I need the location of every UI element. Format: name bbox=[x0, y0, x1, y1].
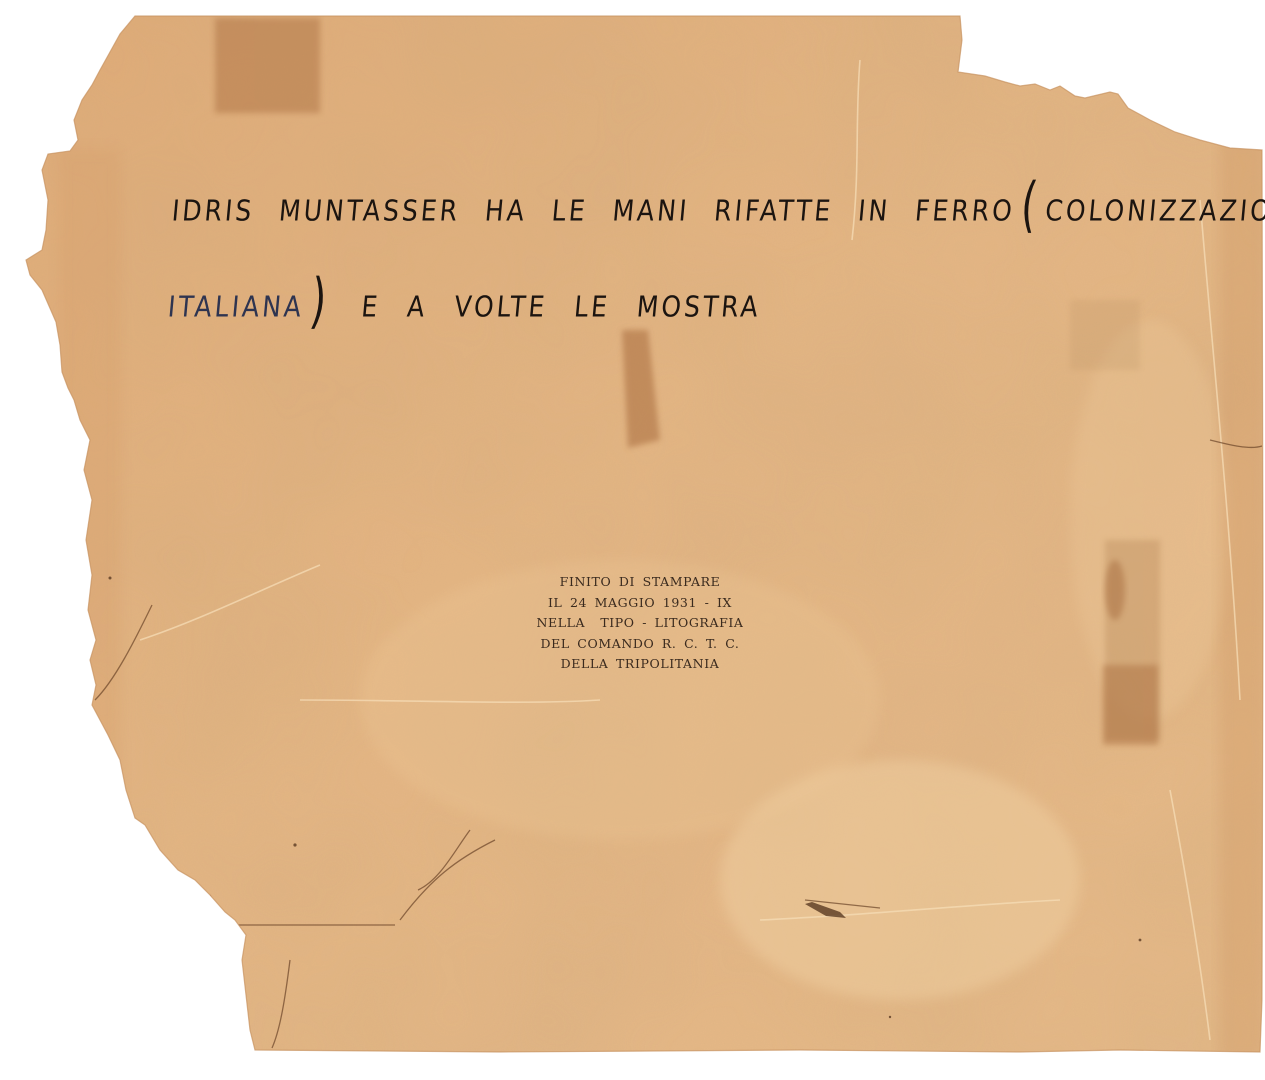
handwritten-word: MUNTASSER bbox=[278, 194, 462, 227]
handwritten-word: FERRO bbox=[914, 194, 1017, 227]
colophon-line: DEL COMANDO R. C. T. C. bbox=[524, 634, 756, 655]
colophon-line: DELLA TRIPOLITANIA bbox=[524, 654, 756, 675]
handwritten-note-line-2: ITALIANA) E A VOLTE LE MOSTRA bbox=[166, 290, 762, 323]
handwritten-word: IN bbox=[857, 194, 892, 227]
aged-paper-sheet bbox=[0, 0, 1265, 1080]
handwritten-word: COLONIZZAZIONE bbox=[1044, 194, 1265, 227]
scan-canvas: IDRIS MUNTASSER HA LE MANI RIFATTE IN FE… bbox=[0, 0, 1265, 1080]
handwritten-word: MANI bbox=[611, 194, 691, 227]
colophon-line: FINITO DI STAMPARE bbox=[524, 572, 756, 593]
handwritten-word: HA bbox=[484, 194, 529, 227]
colophon-line: NELLA TIPO - LITOGRAFIA bbox=[524, 613, 756, 634]
handwritten-word: RIFATTE bbox=[713, 194, 835, 227]
handwritten-phrase: E A VOLTE LE MOSTRA bbox=[360, 290, 762, 323]
handwritten-word: IDRIS bbox=[170, 194, 255, 227]
handwritten-note-line-1: IDRIS MUNTASSER HA LE MANI RIFATTE IN FE… bbox=[170, 194, 1265, 227]
handwritten-word: LE bbox=[550, 194, 589, 227]
printed-colophon: FINITO DI STAMPARE IL 24 MAGGIO 1931 - I… bbox=[524, 572, 756, 675]
handwritten-word-blue-ink: ITALIANA bbox=[166, 290, 305, 323]
colophon-line: IL 24 MAGGIO 1931 - IX bbox=[524, 593, 756, 614]
